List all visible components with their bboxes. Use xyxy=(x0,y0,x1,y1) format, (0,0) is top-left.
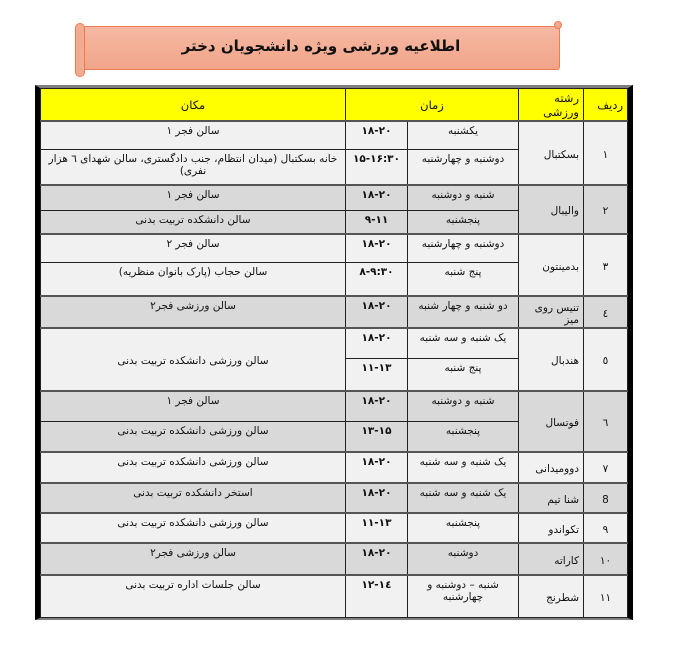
location-cell: سالن ورزشی دانشکده تربیت بدنی xyxy=(41,452,346,483)
header-row-number: ردیف xyxy=(584,89,628,122)
day-cell: پنجشنبه xyxy=(408,210,519,234)
time-cell: ۱۱-۱۳ xyxy=(345,358,407,391)
sport-cell: والیبال xyxy=(519,185,584,234)
table-row: ۱بسکتبالیکشنبه۱۸-۲۰سالن فجر ۱ xyxy=(41,121,628,149)
table-row: ٦فوتسالشنبه و دوشنبه۱۸-۲۰سالن فجر ۱ xyxy=(41,391,628,421)
sport-cell: فوتسال xyxy=(519,391,584,452)
row-number-cell: ۱۱ xyxy=(584,575,628,617)
day-cell: پنج شنبه xyxy=(408,358,519,391)
location-cell: استخر دانشکده تربیت بدنی xyxy=(41,483,346,513)
row-number-cell: ۱ xyxy=(584,121,628,185)
row-number-cell: ٦ xyxy=(584,391,628,452)
location-cell: سالن ورزشی دانشکده تربیت بدنی xyxy=(41,513,346,543)
time-cell: ۱۸-۲۰ xyxy=(345,483,407,513)
time-cell: ۱۸-۲۰ xyxy=(345,543,407,575)
day-cell: یک شنبه و سه شنبه xyxy=(408,452,519,483)
row-number-cell: ٤ xyxy=(584,296,628,328)
location-cell: سالن ورزشی دانشکده تربیت بدنی xyxy=(41,328,346,391)
day-cell: یکشنبه xyxy=(408,121,519,149)
table-row: ۷دوومیدانییک شنبه و سه شنبه۱۸-۲۰سالن ورز… xyxy=(41,452,628,483)
row-number-cell: ۱۰ xyxy=(584,543,628,575)
row-number-cell: ۳ xyxy=(584,234,628,296)
table-row: ۱۰کاراتهدوشنبه۱۸-۲۰سالن ورزشی فجر۲ xyxy=(41,543,628,575)
day-cell: پنج شنبه xyxy=(408,262,519,296)
schedule-table: ردیف رشته ورزشی زمان مکان ۱بسکتبالیکشنبه… xyxy=(40,88,628,618)
time-cell: ۱۵-۱۶:۳۰ xyxy=(345,149,407,185)
time-cell: ۱۸-۲۰ xyxy=(345,121,407,149)
day-cell: دوشنبه و چهارشنبه xyxy=(408,149,519,185)
day-cell: دو شنبه و چهار شنبه xyxy=(408,296,519,328)
table-row: 8شنا تیمیک شنبه و سه شنبه۱۸-۲۰استخر دانش… xyxy=(41,483,628,513)
time-cell: ۱۳-۱۵ xyxy=(345,421,407,452)
sport-cell: شنا تیم xyxy=(519,483,584,513)
sport-cell: هندبال xyxy=(519,328,584,391)
time-cell: ۱۸-۲۰ xyxy=(345,328,407,358)
day-cell: دوشنبه و چهارشنبه xyxy=(408,234,519,262)
day-cell: دوشنبه xyxy=(408,543,519,575)
time-cell: ۸-۹:۳۰ xyxy=(345,262,407,296)
location-cell: سالن ورزشی فجر۲ xyxy=(41,543,346,575)
table-row: ۳بدمینتوندوشنبه و چهارشنبه۱۸-۲۰سالن فجر … xyxy=(41,234,628,262)
day-cell: یک شنبه و سه شنبه xyxy=(408,328,519,358)
day-cell: شنبه و دوشنبه xyxy=(408,185,519,210)
table-row: ۹تکواندوپنجشنبه۱۱-۱۳سالن ورزشی دانشکده ت… xyxy=(41,513,628,543)
location-cell: سالن ورزشی فجر۲ xyxy=(41,296,346,328)
scroll-roll-right-decoration xyxy=(554,21,562,29)
location-cell: سالن جلسات اداره تربیت بدنی xyxy=(41,575,346,617)
day-cell: شنبه و دوشنبه xyxy=(408,391,519,421)
row-number-cell: ۹ xyxy=(584,513,628,543)
day-cell: پنجشنبه xyxy=(408,421,519,452)
time-cell: ۱۸-۲۰ xyxy=(345,452,407,483)
table-row: ٥هندبالیک شنبه و سه شنبه۱۸-۲۰سالن ورزشی … xyxy=(41,328,628,358)
row-number-cell: ۲ xyxy=(584,185,628,234)
location-cell: سالن فجر ۱ xyxy=(41,391,346,421)
schedule-table-container: ردیف رشته ورزشی زمان مکان ۱بسکتبالیکشنبه… xyxy=(35,85,633,620)
location-cell: سالن فجر ۱ xyxy=(41,185,346,210)
sport-cell: دوومیدانی xyxy=(519,452,584,483)
sport-cell: شطرنج xyxy=(519,575,584,617)
day-cell: یک شنبه و سه شنبه xyxy=(408,483,519,513)
time-cell: ۱۸-۲۰ xyxy=(345,234,407,262)
header-time: زمان xyxy=(345,89,518,122)
location-cell: سالن ورزشی دانشکده تربیت بدنی xyxy=(41,421,346,452)
table-row: ۱۱شطرنجشنبه – دوشنبه و چهارشنبه۱۲-۱٤سالن… xyxy=(41,575,628,617)
page-title: اطلاعیه ورزشی ویژه دانشجویان دختر xyxy=(83,37,559,55)
sport-cell: بدمینتون xyxy=(519,234,584,296)
table-header-row: ردیف رشته ورزشی زمان مکان xyxy=(41,89,628,122)
sport-cell: کاراته xyxy=(519,543,584,575)
sport-cell: بسکتبال xyxy=(519,121,584,185)
table-row: ۲والیبالشنبه و دوشنبه۱۸-۲۰سالن فجر ۱ xyxy=(41,185,628,210)
day-cell: پنجشنبه xyxy=(408,513,519,543)
row-number-cell: ۷ xyxy=(584,452,628,483)
table-row: ٤تنیس روی میزدو شنبه و چهار شنبه۱۸-۲۰سال… xyxy=(41,296,628,328)
location-cell: سالن حجاب (پارک بانوان منظریه) xyxy=(41,262,346,296)
sport-cell: تکواندو xyxy=(519,513,584,543)
time-cell: ۱۱-۱۳ xyxy=(345,513,407,543)
location-cell: سالن فجر ۲ xyxy=(41,234,346,262)
header-location: مکان xyxy=(41,89,346,122)
title-banner: اطلاعیه ورزشی ویژه دانشجویان دختر xyxy=(82,26,560,70)
header-sport: رشته ورزشی xyxy=(519,89,584,122)
row-number-cell: ٥ xyxy=(584,328,628,391)
time-cell: ۱۸-۲۰ xyxy=(345,185,407,210)
day-cell: شنبه – دوشنبه و چهارشنبه xyxy=(408,575,519,617)
time-cell: ۱۸-۲۰ xyxy=(345,296,407,328)
row-number-cell: 8 xyxy=(584,483,628,513)
sport-cell: تنیس روی میز xyxy=(519,296,584,328)
time-cell: ۹-۱۱ xyxy=(345,210,407,234)
location-cell: سالن فجر ۱ xyxy=(41,121,346,149)
location-cell: سالن دانشکده تربیت بدنی xyxy=(41,210,346,234)
location-cell: خانه بسکتبال (میدان انتظام، جنب دادگستری… xyxy=(41,149,346,185)
time-cell: ۱۸-۲۰ xyxy=(345,391,407,421)
time-cell: ۱۲-۱٤ xyxy=(345,575,407,617)
